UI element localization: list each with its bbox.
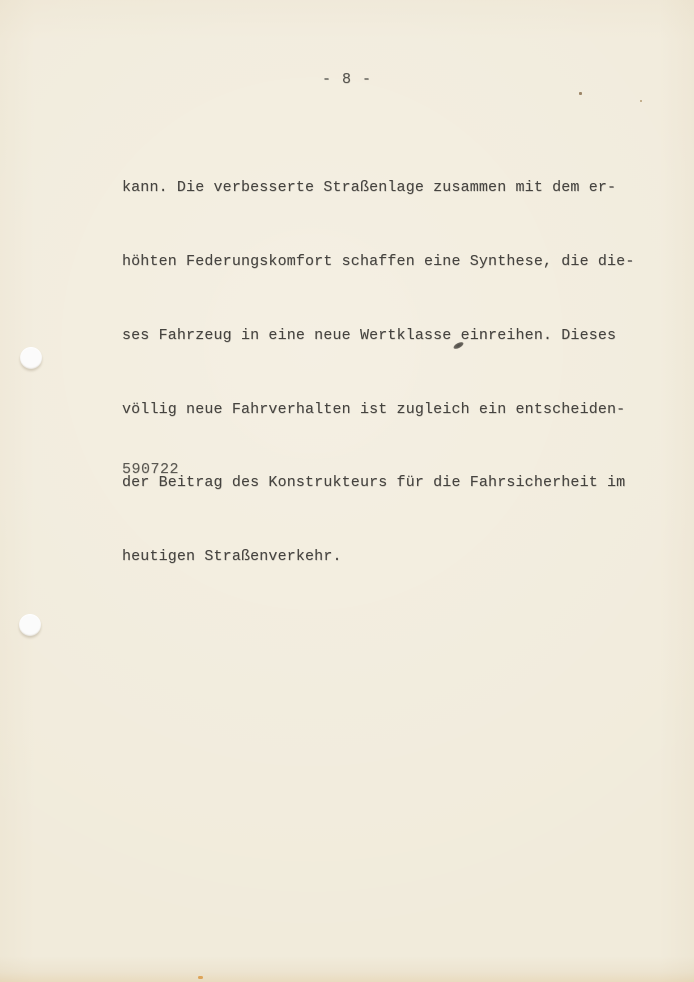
dust-speck: [198, 976, 203, 979]
paragraph-line: ses Fahrzeug in eine neue Wertklasse ein…: [122, 324, 632, 349]
paragraph-line: der Beitrag des Konstrukteurs für die Fa…: [122, 471, 632, 496]
body-paragraph: kann. Die verbesserte Straßenlage zusamm…: [122, 127, 632, 619]
paragraph-line: höhten Federungskomfort schaffen eine Sy…: [122, 250, 632, 275]
dust-speck: [579, 92, 582, 95]
document-page: - 8 - kann. Die verbesserte Straßenlage …: [0, 0, 694, 982]
paragraph-line: kann. Die verbesserte Straßenlage zusamm…: [122, 176, 632, 201]
punch-hole-top: [20, 347, 42, 369]
paragraph-line: heutigen Straßenverkehr.: [122, 545, 632, 570]
reference-number: 590722: [122, 461, 179, 478]
page-number: - 8 -: [0, 71, 694, 88]
paragraph-line: völlig neue Fahrverhalten ist zugleich e…: [122, 398, 632, 423]
punch-hole-bottom: [19, 614, 41, 636]
dust-speck: [640, 100, 642, 102]
